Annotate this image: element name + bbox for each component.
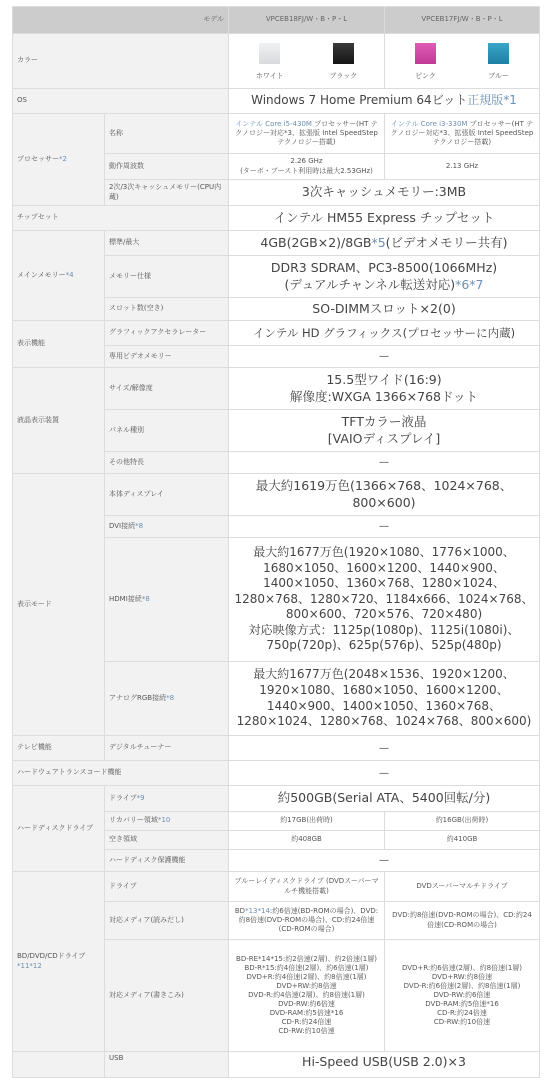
lcd-other-value: — bbox=[229, 452, 540, 474]
rgb-value: 最大約1677万色(2048×1536、1920×1200、1920×1080、… bbox=[229, 662, 540, 736]
vram-label: 専用ビデオメモリー bbox=[105, 346, 229, 368]
body-display-value: 最大約1619万色(1366×768、1024×768、800×600) bbox=[229, 474, 540, 516]
hdd-drive-value: 約500GB(Serial ATA、5400回転/分) bbox=[229, 786, 540, 812]
cache-value: 3次キャッシュメモリー:3MB bbox=[229, 180, 540, 206]
swatch-white[interactable]: ホワイト bbox=[235, 43, 305, 81]
processor-name-a: インテル Core i5-430M プロセッサー(HT テクノロジー対応*3、拡… bbox=[229, 114, 385, 154]
vram-value: — bbox=[229, 346, 540, 368]
model-a-header: VPCEB18FJ/W・B・P・L bbox=[229, 7, 385, 34]
swatch-pink[interactable]: ピンク bbox=[391, 43, 461, 81]
optical-drive-label: ドライブ bbox=[105, 872, 229, 902]
hdmi-label: HDMI接続*8 bbox=[105, 538, 229, 662]
transcode-value: — bbox=[229, 761, 540, 786]
optical-read-b: DVD:約8倍速(DVD-ROMの場合)、CD:約24倍速(CD-ROMの場合) bbox=[385, 902, 540, 940]
optical-label: BD/DVD/CDドライブ *11*12 bbox=[13, 872, 105, 1052]
lcd-size-label: サイズ/解像度 bbox=[105, 368, 229, 410]
cpu-a-link[interactable]: インテル Core i5-430M bbox=[235, 120, 312, 128]
optical-drive-row: BD/DVD/CDドライブ *11*12 ドライブ ブルーレイディスクドライブ … bbox=[13, 872, 540, 902]
pink-swatch-icon bbox=[415, 43, 436, 64]
tuner-label: デジタルチューナー bbox=[105, 736, 229, 761]
rgb-label: アナログRGB接続*8 bbox=[105, 662, 229, 736]
dvi-label: DVI接続*8 bbox=[105, 516, 229, 538]
optical-write-label: 対応メディア(書きこみ) bbox=[105, 940, 229, 1052]
memory-label: メインメモリー*4 bbox=[13, 231, 105, 321]
gpu-label: グラフィックアクセラレーター bbox=[105, 321, 229, 346]
lcd-panel-label: パネル種別 bbox=[105, 410, 229, 452]
optical-read-label: 対応メディア(読みだし) bbox=[105, 902, 229, 940]
chipset-label: チップセット bbox=[13, 206, 229, 231]
usb-row: USB Hi-Speed USB(USB 2.0)×3 bbox=[13, 1052, 540, 1078]
lcd-panel-value: TFTカラー液晶 [VAIOディスプレイ] bbox=[229, 410, 540, 452]
swatch-blue[interactable]: ブルー bbox=[464, 43, 534, 81]
hdd-drive-label: ドライブ*9 bbox=[105, 786, 229, 812]
white-swatch-icon bbox=[259, 43, 280, 64]
processor-label: プロセッサー*2 bbox=[13, 114, 105, 206]
hdd-protect-value: — bbox=[229, 850, 540, 872]
os-row: OS Windows 7 Home Premium 64ビット正規版*1 bbox=[13, 89, 540, 114]
optical-write-a: BD-RE*14*15:約2倍速(2層)、約2倍速(1層) BD-R*15:約4… bbox=[229, 940, 385, 1052]
memory-std-row: メインメモリー*4 標準/最大 4GB(2GB×2)/8GB*5(ビデオメモリー… bbox=[13, 231, 540, 256]
hdd-drive-footnote-link[interactable]: *9 bbox=[137, 794, 145, 802]
swatch-black[interactable]: ブラック bbox=[308, 43, 378, 81]
os-label: OS bbox=[13, 89, 229, 114]
processor-name-row: プロセッサー*2 名称 インテル Core i5-430M プロセッサー(HT … bbox=[13, 114, 540, 154]
os-footnote-link[interactable]: *1 bbox=[503, 93, 517, 107]
optical-drive-b: DVDスーパーマルチドライブ bbox=[385, 872, 540, 902]
memory-spec-label: メモリー仕様 bbox=[105, 256, 229, 298]
model-header-label: モデル bbox=[13, 7, 229, 34]
blue-swatch-icon bbox=[488, 43, 509, 64]
transcode-label: ハードウェアトランスコード機能 bbox=[13, 761, 229, 786]
optical-read-footnote-link[interactable]: *13*14 bbox=[245, 907, 270, 915]
usb-value: Hi-Speed USB(USB 2.0)×3 bbox=[229, 1052, 540, 1078]
display-func-label: 表示機能 bbox=[13, 321, 105, 368]
freq-b: 2.13 GHz bbox=[385, 154, 540, 180]
freq-a: 2.26 GHz (ターボ・ブースト利用時は最大2.53GHz) bbox=[229, 154, 385, 180]
memory-slot-label: スロット数(空き) bbox=[105, 298, 229, 321]
tv-row: テレビ機能 デジタルチューナー — bbox=[13, 736, 540, 761]
tuner-value: — bbox=[229, 736, 540, 761]
optical-drive-a: ブルーレイディスクドライブ (DVDスーパーマルチ機能搭載) bbox=[229, 872, 385, 902]
hdd-label: ハードディスクドライブ bbox=[13, 786, 105, 872]
os-genuine-link[interactable]: 正規版 bbox=[467, 93, 503, 107]
hdd-drive-row: ハードディスクドライブ ドライブ*9 約500GB(Serial ATA、540… bbox=[13, 786, 540, 812]
cache-label: 2次/3次キャッシュメモリー(CPU内蔵) bbox=[105, 180, 229, 206]
memory-slot-value: SO-DIMMスロット×2(0) bbox=[229, 298, 540, 321]
lcd-other-label: その他特長 bbox=[105, 452, 229, 474]
memory-footnote-link[interactable]: *4 bbox=[66, 271, 74, 279]
interface-label bbox=[13, 1052, 105, 1078]
rgb-footnote-link[interactable]: *8 bbox=[166, 694, 174, 702]
spec-table: モデル VPCEB18FJ/W・B・P・L VPCEB17FJ/W・B・P・L … bbox=[12, 6, 540, 1078]
body-display-row: 表示モード 本体ディスプレイ 最大約1619万色(1366×768、1024×7… bbox=[13, 474, 540, 516]
header-row: モデル VPCEB18FJ/W・B・P・L VPCEB17FJ/W・B・P・L bbox=[13, 7, 540, 34]
hdd-recovery-b: 約16GB(出荷時) bbox=[385, 812, 540, 831]
optical-read-a: BD*13*14:約6倍速(BD-ROMの場合)、DVD:約8倍速(DVD-RO… bbox=[229, 902, 385, 940]
optical-write-b: DVD+R:約6倍速(2層)、約8倍速(1層) DVD+RW:約8倍速 DVD-… bbox=[385, 940, 540, 1052]
hdd-free-b: 約410GB bbox=[385, 831, 540, 850]
memory-spec-value: DDR3 SDRAM、PC3-8500(1066MHz) (デュアルチャンネル転… bbox=[229, 256, 540, 298]
processor-name-b: インテル Core i3-330M プロセッサー(HT テクノロジー対応*3、拡… bbox=[385, 114, 540, 154]
memory-spec-footnote-link[interactable]: *6*7 bbox=[455, 277, 483, 292]
color-row: カラー ホワイト ブラック ピンク bbox=[13, 34, 540, 89]
memory-std-footnote-link[interactable]: *5 bbox=[371, 235, 385, 250]
hdd-recovery-footnote-link[interactable]: *10 bbox=[158, 816, 170, 824]
memory-std-label: 標準/最大 bbox=[105, 231, 229, 256]
display-mode-label: 表示モード bbox=[13, 474, 105, 736]
gpu-row: 表示機能 グラフィックアクセラレーター インテル HD グラフィックス(プロセッ… bbox=[13, 321, 540, 346]
processor-name-label: 名称 bbox=[105, 114, 229, 154]
hdmi-footnote-link[interactable]: *8 bbox=[142, 595, 150, 603]
hdmi-value: 最大約1677万色(1920×1080、1776×1000、1680×1050、… bbox=[229, 538, 540, 662]
transcode-row: ハードウェアトランスコード機能 — bbox=[13, 761, 540, 786]
lcd-size-value: 15.5型ワイド(16:9) 解像度:WXGA 1366×768ドット bbox=[229, 368, 540, 410]
processor-footnote-link[interactable]: *2 bbox=[59, 155, 67, 163]
color-label: カラー bbox=[13, 34, 229, 89]
gpu-value: インテル HD グラフィックス(プロセッサーに内蔵) bbox=[229, 321, 540, 346]
color-b-cell: ピンク ブルー bbox=[385, 34, 540, 89]
model-b-header: VPCEB17FJ/W・B・P・L bbox=[385, 7, 540, 34]
color-a-cell: ホワイト ブラック bbox=[229, 34, 385, 89]
body-display-label: 本体ディスプレイ bbox=[105, 474, 229, 516]
chipset-row: チップセット インテル HM55 Express チップセット bbox=[13, 206, 540, 231]
usb-label: USB bbox=[105, 1052, 229, 1078]
black-swatch-icon bbox=[333, 43, 354, 64]
hdd-protect-label: ハードディスク保護機能 bbox=[105, 850, 229, 872]
hdd-free-label: 空き領域 bbox=[105, 831, 229, 850]
optical-footnote-link[interactable]: *11*12 bbox=[17, 962, 100, 971]
memory-std-value: 4GB(2GB×2)/8GB*5(ビデオメモリー共有) bbox=[229, 231, 540, 256]
lcd-label: 液晶表示装置 bbox=[13, 368, 105, 474]
freq-label: 動作周波数 bbox=[105, 154, 229, 180]
hdd-recovery-label: リカバリー領域*10 bbox=[105, 812, 229, 831]
dvi-footnote-link[interactable]: *8 bbox=[135, 522, 143, 530]
hdd-free-a: 約408GB bbox=[229, 831, 385, 850]
tv-label: テレビ機能 bbox=[13, 736, 105, 761]
chipset-value: インテル HM55 Express チップセット bbox=[229, 206, 540, 231]
cpu-b-link[interactable]: インテル Core i3-330M bbox=[391, 120, 468, 128]
os-value: Windows 7 Home Premium 64ビット正規版*1 bbox=[229, 89, 540, 114]
hdd-recovery-a: 約17GB(出荷時) bbox=[229, 812, 385, 831]
lcd-size-row: 液晶表示装置 サイズ/解像度 15.5型ワイド(16:9) 解像度:WXGA 1… bbox=[13, 368, 540, 410]
dvi-value: — bbox=[229, 516, 540, 538]
